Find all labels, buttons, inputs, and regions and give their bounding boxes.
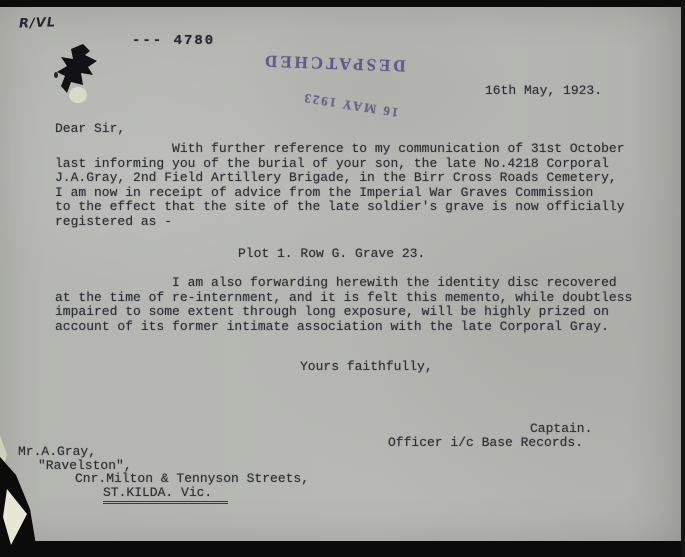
ink-blot: [52, 42, 108, 108]
recipient-locality: ST.KILDA. Vic.: [103, 486, 228, 501]
scan-edge-right: [681, 0, 685, 557]
recipient-locality-text: ST.KILDA. Vic.: [103, 485, 228, 504]
grave-registration-line: Plot 1. Row G. Grave 23.: [238, 247, 425, 262]
letter-date: 16th May, 1923.: [485, 84, 602, 99]
scanned-letter-page: R/VL --- 4780 DESPATCHED 16 MAY 1923 16t…: [0, 0, 685, 557]
paragraph-1: With further reference to my communicati…: [55, 142, 625, 230]
reference-mark: R/VL: [19, 15, 57, 31]
signature-title: Officer i/c Base Records.: [388, 436, 583, 451]
folded-corner: [0, 417, 70, 557]
closing: Yours faithfully,: [300, 360, 433, 375]
scan-edge-bottom: [0, 541, 685, 557]
file-number: --- 4780: [132, 33, 215, 49]
scan-edge-top: [0, 0, 685, 7]
paragraph-2: I am also forwarding herewith the identi…: [55, 276, 632, 334]
salutation: Dear Sir,: [55, 122, 125, 137]
